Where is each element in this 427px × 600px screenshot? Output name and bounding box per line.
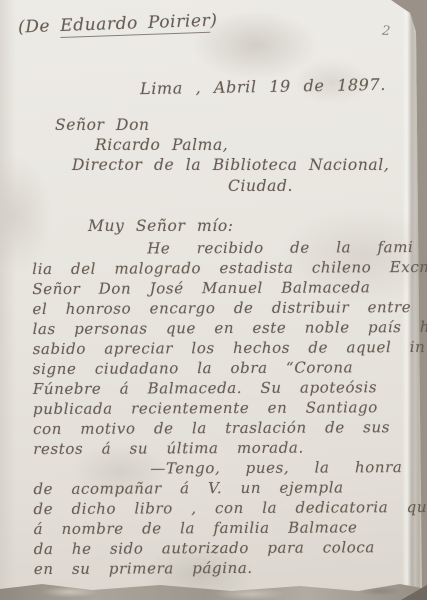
letter-body: He recibido de la fami lia del malogrado… <box>32 237 426 579</box>
body-line: —Tengo, pues, la honra <box>33 457 425 479</box>
body-line: restos á su última morada. <box>33 437 425 459</box>
body-line: de dicho libro , con la dedicatoria que <box>33 497 425 519</box>
body-line: He recibido de la fami <box>32 237 424 259</box>
recipient-line: Ricardo Palma, <box>95 136 228 154</box>
body-line: de acompañar á V. un ejempla <box>33 477 425 499</box>
body-line: el honroso encargo de distribuir entre <box>32 297 424 319</box>
body-line: en su primera página. <box>34 557 426 579</box>
body-line: con motivo de la traslación de sus <box>33 417 425 439</box>
body-line: Fúnebre á Balmaceda. Su apoteósis <box>33 377 425 399</box>
body-line: da he sido autorizado para coloca <box>34 537 426 559</box>
letter-photograph: (De Eduardo Poirier) 2 Lima , Abril 19 d… <box>0 0 427 600</box>
body-line: sabido apreciar los hechos de aquel in <box>33 337 425 359</box>
body-line: publicada recientemente en Santiago <box>33 397 425 419</box>
salutation: Muy Señor mío: <box>88 217 234 235</box>
body-line: lia del malogrado estadista chileno Excm… <box>32 257 424 279</box>
page-number: 2 <box>381 24 391 40</box>
recipient-line: Director de la Biblioteca Nacional, <box>72 156 389 174</box>
recipient-line: Señor Don <box>55 116 150 134</box>
recipient-line: Ciudad. <box>228 177 293 195</box>
annotation-suffix: ) <box>210 11 218 31</box>
annotation-prefix: (De <box>18 16 61 37</box>
body-line: las personas que en este noble país ha <box>33 317 425 339</box>
body-line: Señor Don José Manuel Balmaceda <box>32 277 424 299</box>
body-line: signe ciudadano la obra “Corona <box>33 357 425 379</box>
body-line: á nombre de la familia Balmace <box>34 517 426 539</box>
